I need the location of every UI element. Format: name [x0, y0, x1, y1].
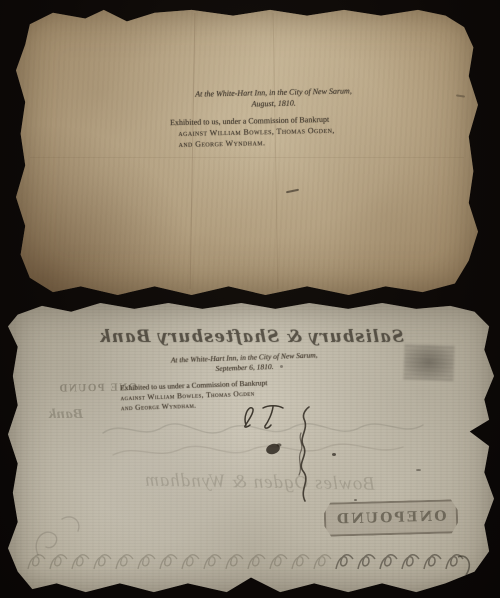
- vertical-crease-line: [189, 13, 195, 289]
- ink-speck: [332, 453, 336, 456]
- bank-word-showthrough: Bank: [48, 407, 83, 421]
- faded-corner-stamp: [403, 343, 454, 381]
- aged-document-august-1810: At the White-Hart Inn, in the City of Ne…: [16, 7, 478, 295]
- salisbury-shaftesbury-banknote-back: Salisbury & Shaftesbury Bank At the Whit…: [8, 303, 494, 595]
- one-pound-panel-text: ONEPOUND: [335, 509, 447, 528]
- ink-speck: [354, 499, 357, 501]
- one-pound-panel-showthrough: ONEPOUND: [324, 499, 459, 536]
- corner-flourish: [32, 511, 86, 559]
- one-pound-showthrough-left: ONE POUND: [58, 381, 137, 394]
- vertical-crease-line: [272, 13, 278, 289]
- ink-smudge-mark: [286, 189, 299, 194]
- ink-speck: [280, 365, 283, 368]
- engraved-loop-border: [28, 549, 474, 581]
- horizontal-crease-line: [30, 157, 464, 158]
- ink-speck: [456, 94, 465, 97]
- bankruptcy-stamp-text: At the White-Hart Inn, in the City of Ne…: [165, 85, 382, 151]
- ink-speck: [416, 469, 421, 471]
- showthrough-script-squiggle: [103, 415, 423, 461]
- showthrough-signature: Bowles Ogden & Wyndham: [63, 468, 375, 495]
